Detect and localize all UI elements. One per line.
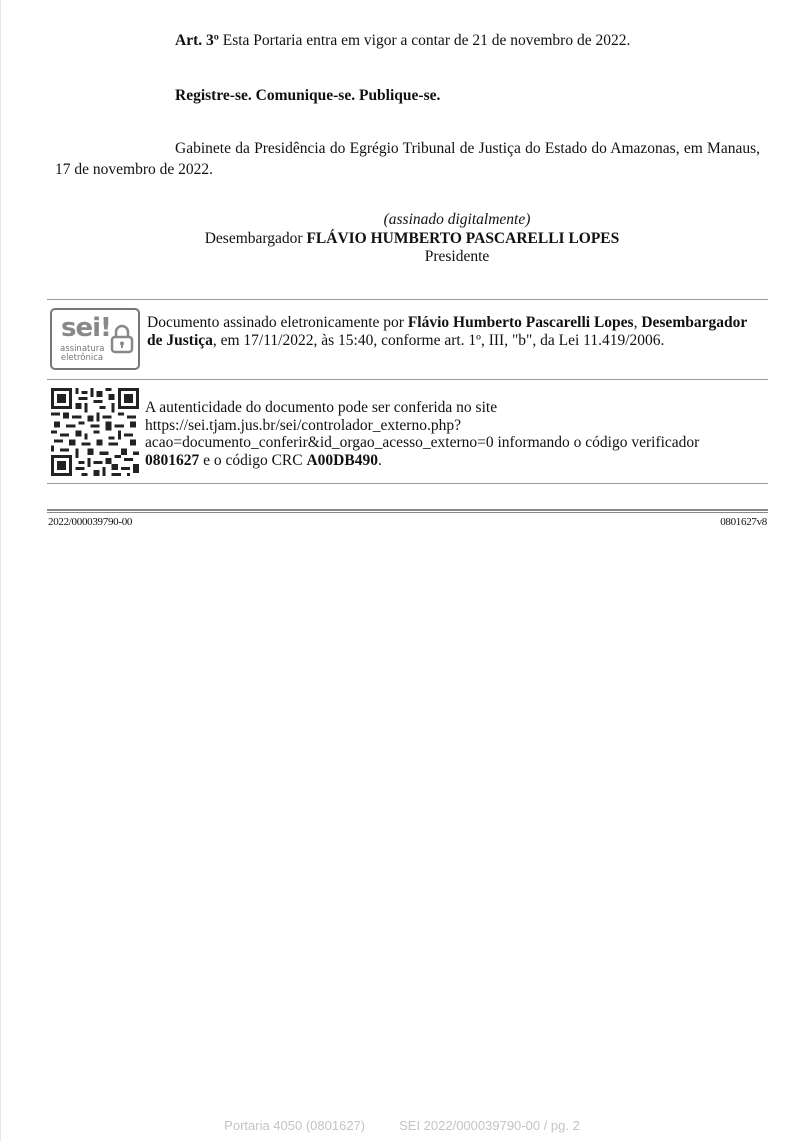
divider: [47, 379, 768, 380]
crc-label: e o código CRC: [199, 452, 306, 469]
viewer-page-label: SEI 2022/000039790-00 / pg. 2: [399, 1118, 580, 1133]
signer-name: Flávio Humberto Pascarelli Lopes: [408, 314, 634, 331]
verification-url[interactable]: https://sei.tjam.jus.br/sei/controlador_…: [145, 417, 765, 435]
document-version: 0801627v8: [720, 516, 767, 528]
crc-code: A00DB490: [306, 452, 377, 469]
article-3-text: Esta Portaria entra em vigor a contar de…: [219, 32, 630, 49]
signature-text-suffix: , em 17/11/2022, às 15:40, conforme art.…: [213, 332, 665, 349]
authenticity-intro: A autenticidade do documento pode ser co…: [145, 399, 765, 417]
signatory-role: Presidente: [0, 248, 804, 265]
verifier-code: 0801627: [145, 452, 199, 469]
viewer-page-footer: Portaria 4050 (0801627)SEI 2022/00003979…: [0, 1118, 804, 1133]
article-3: Art. 3º Esta Portaria entra em vigor a c…: [175, 30, 630, 51]
authenticity-period: .: [378, 452, 382, 469]
sei-logo-subtitle-line2: eletrônica: [60, 354, 104, 363]
article-3-label: Art. 3º: [175, 32, 219, 49]
authenticity-mid-text: informando o código verificador: [494, 434, 700, 451]
divider: [47, 483, 768, 484]
divider: [47, 299, 768, 300]
electronic-signature-text: Documento assinado eletronicamente por F…: [147, 314, 757, 349]
document-page: Art. 3º Esta Portaria entra em vigor a c…: [0, 0, 804, 1141]
qr-code-icon: [50, 388, 140, 476]
place-and-date: Gabinete da Presidência do Egrégio Tribu…: [55, 138, 760, 180]
footer-double-rule: [47, 509, 768, 513]
signatory-line: Desembargador FLÁVIO HUMBERTO PASCARELLI…: [0, 230, 804, 247]
signatory-name: FLÁVIO HUMBERTO PASCARELLI LOPES: [306, 230, 619, 247]
authenticity-text: A autenticidade do documento pode ser co…: [145, 399, 765, 469]
padlock-icon: [110, 324, 134, 354]
sei-logo-subtitle: assinatura eletrônica: [60, 345, 104, 363]
signature-note: (assinado digitalmente): [0, 211, 804, 228]
closing-formula: Registre-se. Comunique-se. Publique-se.: [175, 85, 440, 106]
process-number: 2022/000039790-00: [48, 516, 132, 528]
signature-text-prefix: Documento assinado eletronicamente por: [147, 314, 408, 331]
verification-url-params[interactable]: acao=documento_conferir&id_orgao_acesso_…: [145, 434, 494, 451]
signatory-title: Desembargador: [205, 230, 307, 247]
sei-signature-logo: sei! assinatura eletrônica: [50, 308, 140, 370]
viewer-document-label: Portaria 4050 (0801627): [224, 1118, 365, 1133]
sei-logo-word: sei!: [61, 313, 111, 343]
